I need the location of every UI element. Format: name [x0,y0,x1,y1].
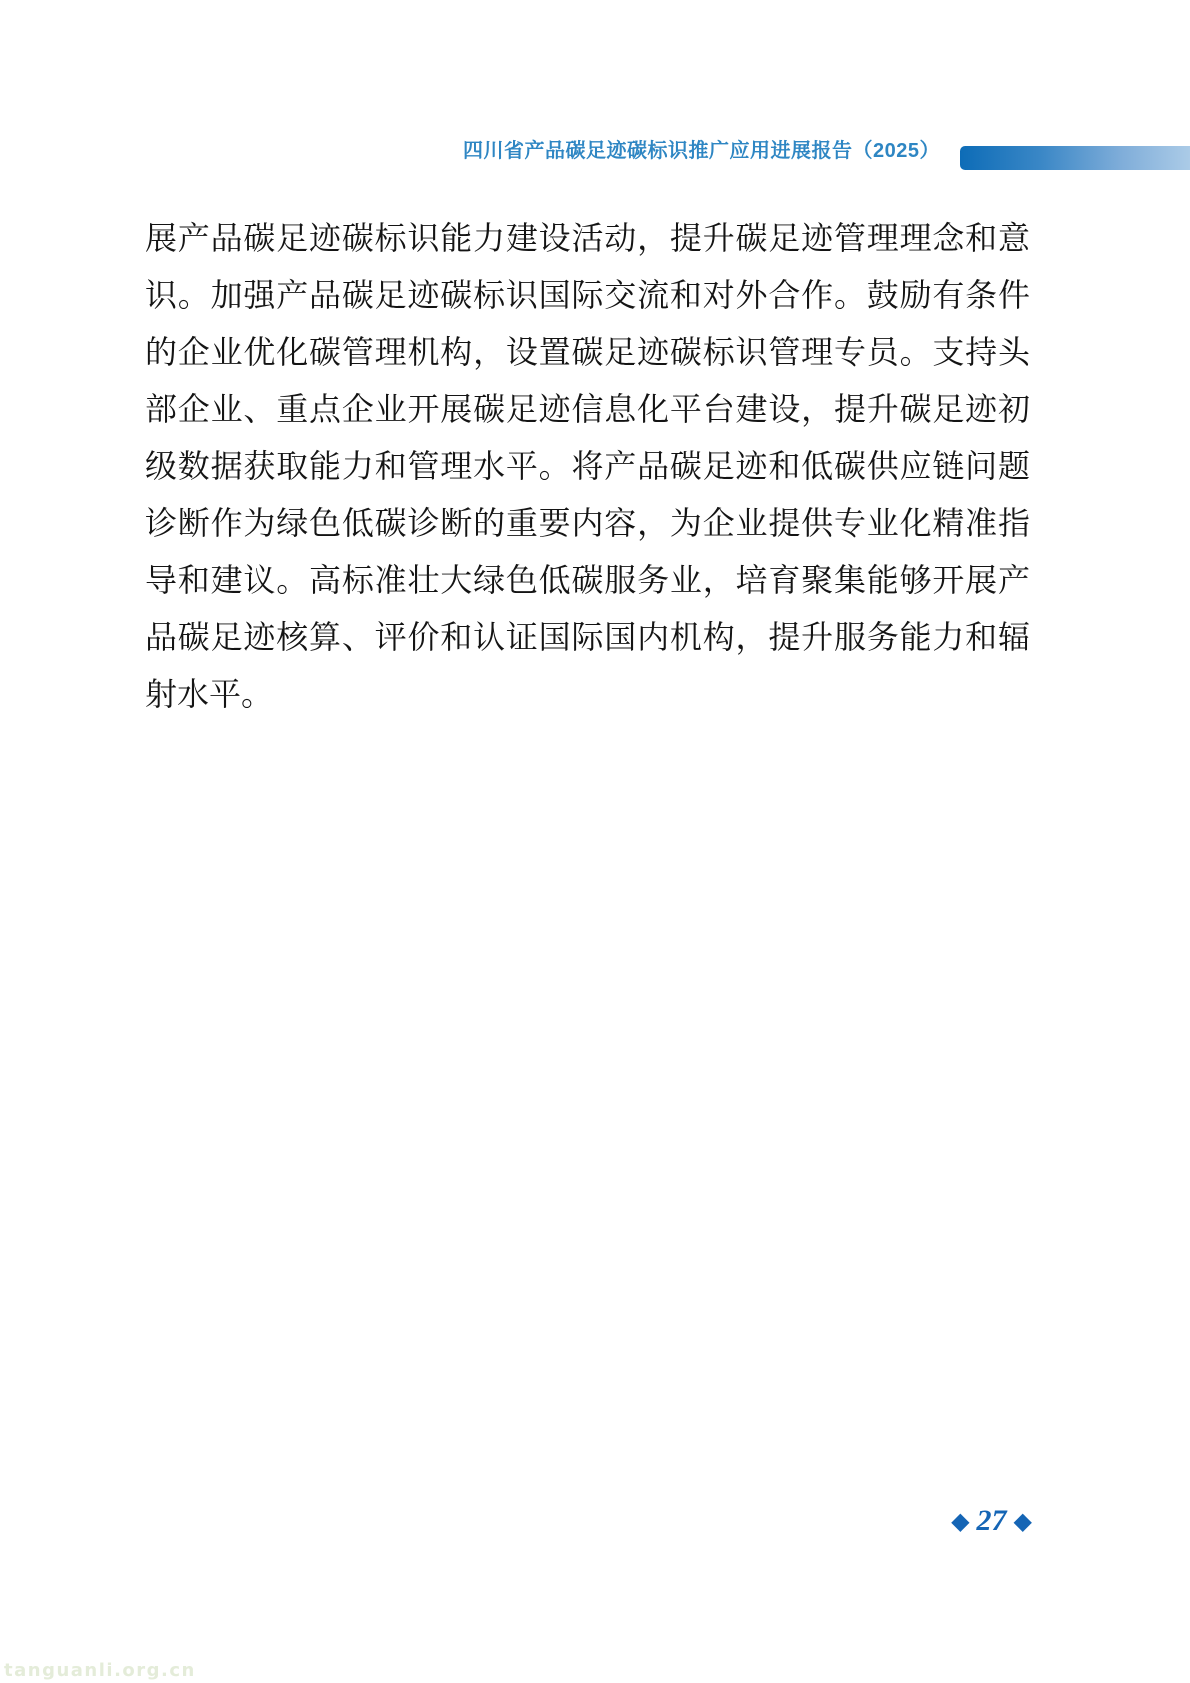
paragraph-line: 展产品碳足迹碳标识能力建设活动，提升碳足迹管理理念和意 [145,210,1030,267]
body-paragraph: 展产品碳足迹碳标识能力建设活动，提升碳足迹管理理念和意 识。加强产品碳足迹碳标识… [145,210,1030,723]
watermark: tanguanli.org.cn [4,1660,196,1681]
paragraph-line: 级数据获取能力和管理水平。将产品碳足迹和低碳供应链问题 [145,438,1030,495]
page-number: ◆ 27 ◆ [951,1506,1032,1536]
page-number-value: 27 [977,1506,1007,1536]
report-page: 四川省产品碳足迹碳标识推广应用进展报告（2025） 展产品碳足迹碳标识能力建设活… [0,0,1190,1683]
paragraph-line: 诊断作为绿色低碳诊断的重要内容，为企业提供专业化精准指 [145,495,1030,552]
diamond-icon: ◆ [951,1509,969,1533]
paragraph-line: 的企业优化碳管理机构，设置碳足迹碳标识管理专员。支持头 [145,324,1030,381]
paragraph-line: 识。加强产品碳足迹碳标识国际交流和对外合作。鼓励有条件 [145,267,1030,324]
paragraph-line: 导和建议。高标准壮大绿色低碳服务业，培育聚集能够开展产 [145,552,1030,609]
header-title: 四川省产品碳足迹碳标识推广应用进展报告（2025） [463,134,940,163]
paragraph-line: 射水平。 [145,666,1030,723]
diamond-icon: ◆ [1014,1509,1032,1533]
header-accent-bar [960,146,1190,170]
paragraph-line: 品碳足迹核算、评价和认证国际国内机构，提升服务能力和辐 [145,609,1030,666]
paragraph-line: 部企业、重点企业开展碳足迹信息化平台建设，提升碳足迹初 [145,381,1030,438]
